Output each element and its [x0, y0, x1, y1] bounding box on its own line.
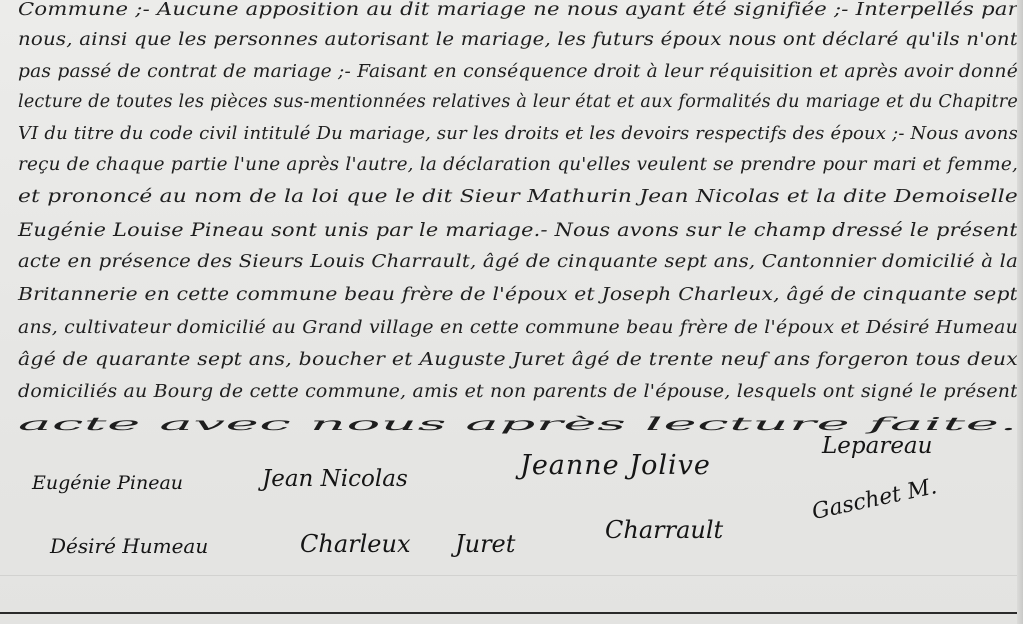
signature-humeau: Désiré Humeau [50, 534, 208, 558]
page-edge [1017, 0, 1023, 624]
text-line-5: VI du titre du code civil intitulé Du ma… [18, 123, 1018, 144]
text-line-1: Commune ;- Aucune apposition au dit mari… [18, 0, 1018, 20]
text-line-13: domiciliés au Bourg de cette commune, am… [18, 382, 1018, 402]
text-line-6: reçu de chaque partie l'une après l'autr… [18, 155, 1018, 175]
register-page: Commune ;- Aucune apposition au dit mari… [0, 0, 1023, 624]
text-line-4: lecture de toutes les pièces sus-mention… [18, 92, 1018, 112]
text-line-10: Britannerie en cette commune beau frère … [18, 285, 1018, 305]
text-line-9: acte en présence des Sieurs Louis Charra… [18, 252, 1018, 272]
signature-groom: Jean Nicolas [262, 466, 408, 492]
signature-witness-jolive: Jeanne Jolive [520, 450, 711, 481]
signature-juret: Juret [455, 530, 515, 558]
text-line-12: âgé de quarante sept ans, boucher et Aug… [18, 350, 1018, 370]
text-line-2: nous, ainsi que les personnes autorisant… [18, 30, 1018, 50]
text-line-7: et prononcé au nom de la loi que le dit … [18, 187, 1018, 207]
signature-lepareau: Lepareau [822, 433, 932, 459]
text-line-8: Eugénie Louise Pineau sont unis par le m… [18, 220, 1018, 241]
text-line-3: pas passé de contrat de mariage ;- Faisa… [18, 62, 1018, 82]
text-line-11: ans, cultivateur domicilié au Grand vill… [18, 318, 1018, 338]
text-line-14: acte avec nous après lecture faite. [18, 415, 1018, 435]
faint-ruled-line [0, 575, 1023, 576]
signature-charleux: Charleux [300, 530, 410, 558]
bottom-border-line [0, 612, 1023, 614]
signature-bride: Eugénie Pineau [32, 472, 183, 494]
signature-gaschet-mayor: Gaschet M. [810, 474, 939, 525]
signature-charrault: Charrault [605, 516, 723, 544]
